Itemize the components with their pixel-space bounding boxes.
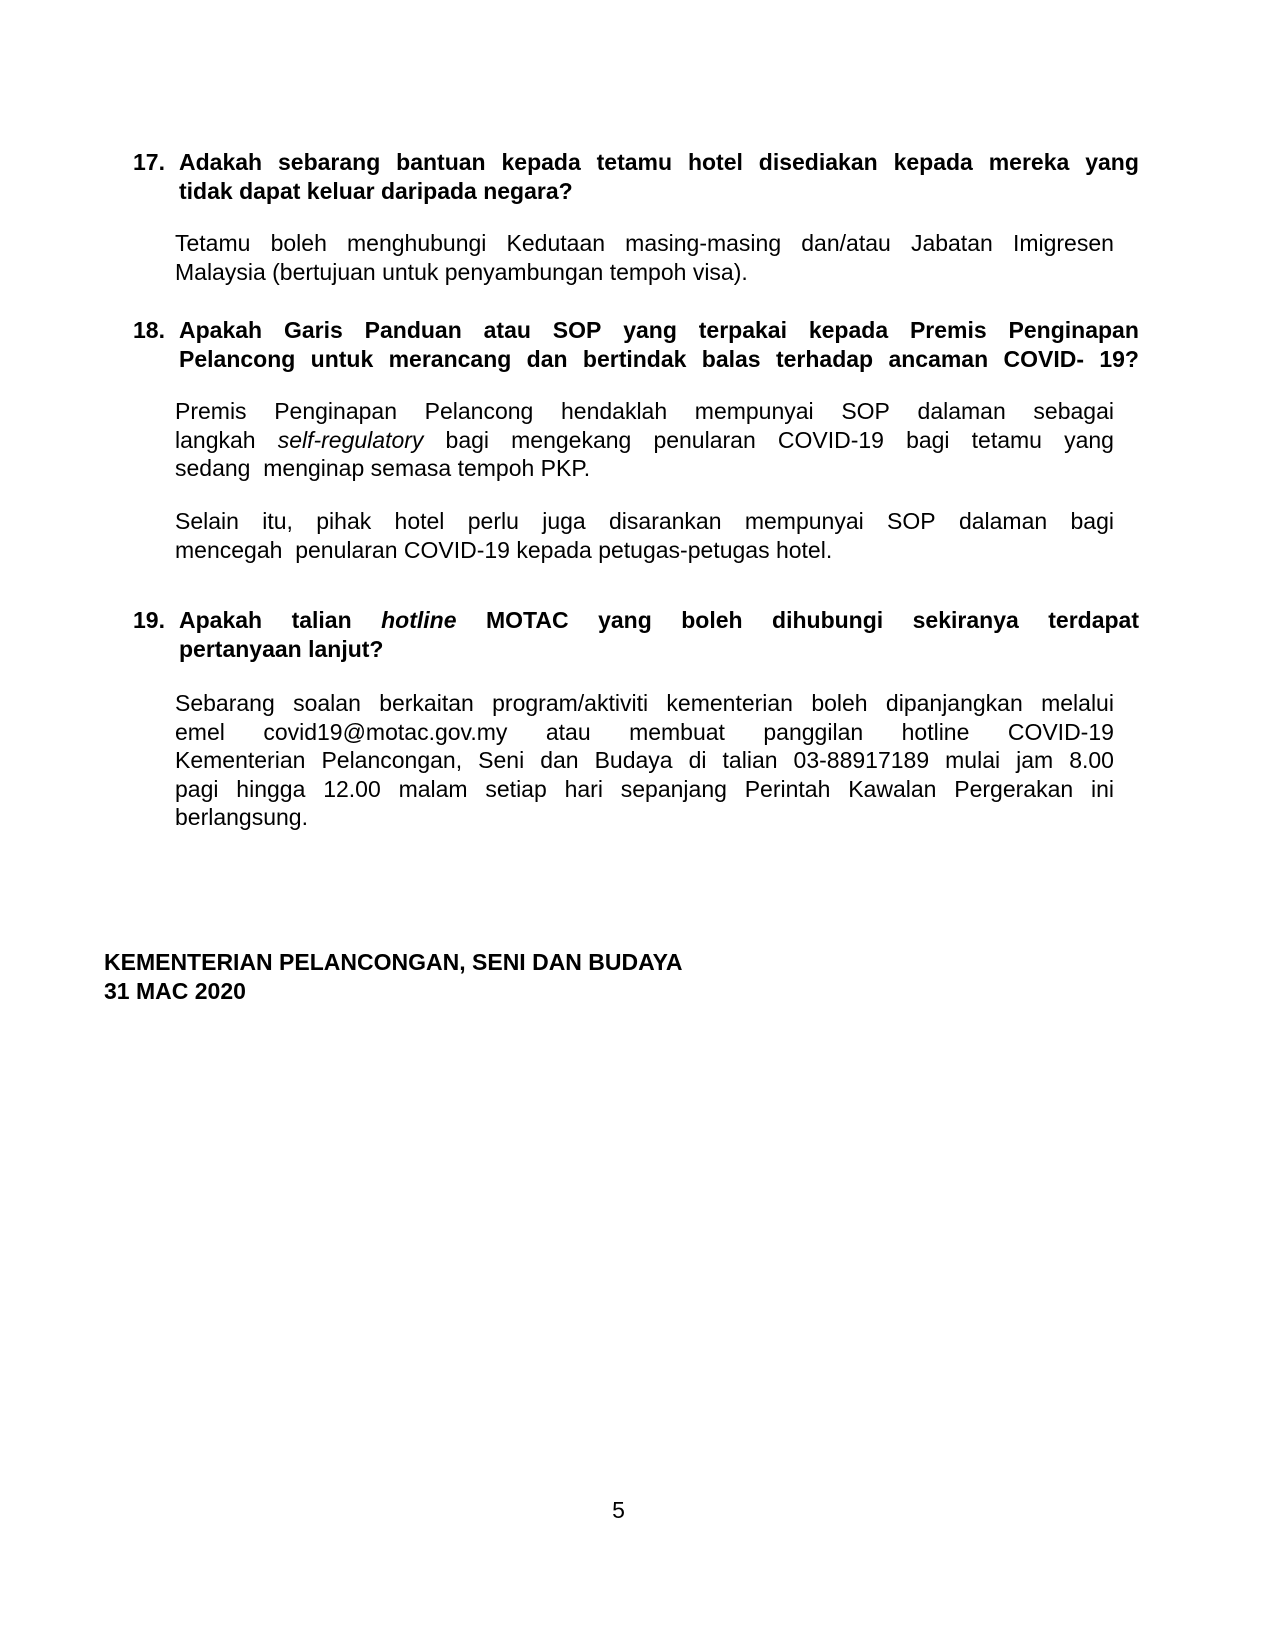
answer-line: PremisPenginapanPelanconghendaklahmempun… [175,397,1114,426]
question-text: ApakahGarisPanduanatauSOPyangterpakaikep… [179,316,1139,374]
question-19: 19. ApakahtalianhotlineMOTACyangbolehdih… [133,606,1139,664]
question-number: 17. [133,148,179,177]
question-text: ApakahtalianhotlineMOTACyangbolehdihubun… [179,606,1139,664]
answer-line: mencegah penularan COVID-19 kepada petug… [175,536,1114,565]
answer-19: Sebarangsoalanberkaitanprogram/aktivitik… [175,689,1114,832]
answer-line: KementerianPelancongan,SenidanBudayadita… [175,746,1114,775]
page-number: 5 [0,1496,1237,1524]
question-18: 18. ApakahGarisPanduanatauSOPyangterpaka… [133,316,1139,374]
question-line: ApakahtalianhotlineMOTACyangbolehdihubun… [179,606,1139,635]
question-17: 17. Adakahsebarangbantuankepadatetamuhot… [133,148,1139,206]
answer-line: Sebarangsoalanberkaitanprogram/aktivitik… [175,689,1114,718]
answer-line: berlangsung. [175,803,1114,832]
document-page: 17. Adakahsebarangbantuankepadatetamuhot… [0,0,1277,1652]
question-line: Adakahsebarangbantuankepadatetamuhoteldi… [179,148,1139,177]
answer-line: langkahself-regulatorybagimengekangpenul… [175,426,1114,455]
question-text: Adakahsebarangbantuankepadatetamuhoteldi… [179,148,1139,206]
question-number: 18. [133,316,179,345]
answer-line: Malaysia (bertujuan untuk penyambungan t… [175,258,1114,287]
document-date: 31 MAC 2020 [104,977,682,1006]
answer-18: PremisPenginapanPelanconghendaklahmempun… [175,397,1114,483]
question-line: Pelanconguntukmerancangdanbertindakbalas… [179,345,1139,374]
answer-line: pagihingga12.00malamsetiapharisepanjangP… [175,775,1114,804]
answer-line: sedang menginap semasa tempoh PKP. [175,454,1114,483]
question-line: tidak dapat keluar daripada negara? [179,177,1139,206]
answer-18-paragraph-2: Selainitu,pihakhotelperlujugadisarankanm… [175,507,1114,564]
answer-line: Selainitu,pihakhotelperlujugadisarankanm… [175,507,1114,536]
answer-line: emelcovid19@motac.gov.myataumembuatpangg… [175,718,1114,747]
answer-line: TetamubolehmenghubungiKedutaanmasing-mas… [175,229,1114,258]
question-number: 19. [133,606,179,635]
document-footer: KEMENTERIAN PELANCONGAN, SENI DAN BUDAYA… [104,948,682,1006]
question-line: ApakahGarisPanduanatauSOPyangterpakaikep… [179,316,1139,345]
organization-name: KEMENTERIAN PELANCONGAN, SENI DAN BUDAYA [104,948,682,977]
question-line: pertanyaan lanjut? [179,635,1139,664]
answer-17: TetamubolehmenghubungiKedutaanmasing-mas… [175,229,1114,286]
